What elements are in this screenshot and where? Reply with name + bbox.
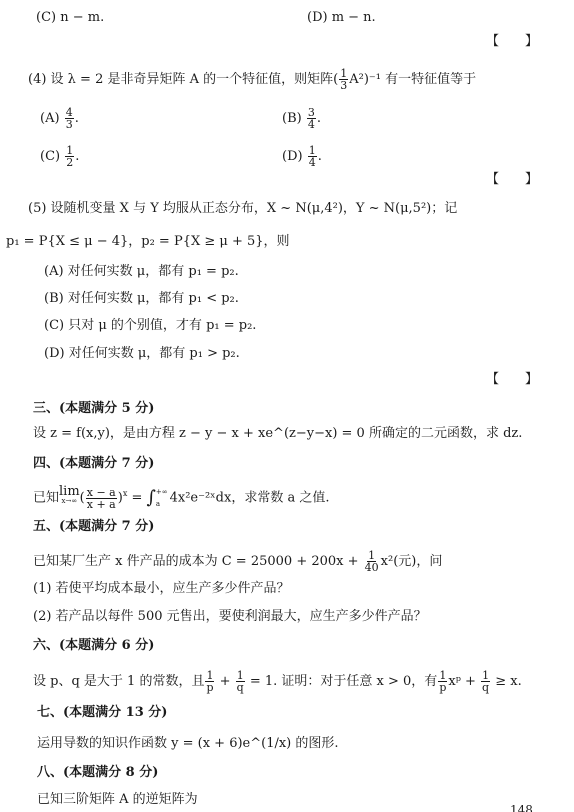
section4-suffix: ，求常数 a 之值. xyxy=(231,491,329,506)
section5-sub1: (1) 若使平均成本最小，应生产多少件产品？ xyxy=(33,581,290,597)
limit-fraction: x − ax + a xyxy=(86,487,117,510)
q3-option-c: (C) n − m. xyxy=(36,10,104,26)
section5-stem-suffix: x²(元)，问 xyxy=(381,554,443,569)
q4-stem-fraction: 13 xyxy=(339,68,348,91)
section5-stem-prefix: 已知某厂生产 x 件产品的成本为 C = 25000 + 200x + xyxy=(33,554,363,569)
q5-option-d: (D) 对任何实数 μ，都有 p₁ > p₂. xyxy=(44,346,240,362)
equals-sign: = xyxy=(127,491,146,506)
section6-body: 设 p、q 是大于 1 的常数，且1p + 1q = 1. 证明：对于任意 x … xyxy=(33,670,522,693)
limit-expression: limx→∞ xyxy=(59,486,80,505)
q4-stem-prefix: (4) 设 λ = 2 是非奇异矩阵 A 的一个特征值，则矩阵( xyxy=(28,72,338,87)
integral-lower: a xyxy=(156,498,168,510)
q3-option-d: (D) m − n. xyxy=(307,10,376,26)
fraction-denominator: 2 xyxy=(65,157,74,168)
section6-heading: 六、(本题满分 6 分) xyxy=(33,638,154,654)
q3-answer-bracket[interactable]: 【 】 xyxy=(486,34,538,50)
section5-sub2: (2) 若产品以每件 500 元售出，要使利润最大，应生产多少件产品？ xyxy=(33,609,427,625)
q5-option-b: (B) 对任何实数 μ，都有 p₁ < p₂. xyxy=(44,291,239,307)
fraction-denominator: 3 xyxy=(339,80,348,91)
plus-sign: + xyxy=(216,674,235,689)
section8-heading: 八、(本题满分 8 分) xyxy=(37,765,158,781)
section4-heading: 四、(本题满分 7 分) xyxy=(33,456,154,472)
page-number: 148 xyxy=(510,802,533,812)
q5-stem-line1: (5) 设随机变量 X 与 Y 均服从正态分布，X ~ N(μ,4²)，Y ~ … xyxy=(28,201,457,217)
section5-heading: 五、(本题满分 7 分) xyxy=(33,519,154,535)
option-label: (C) xyxy=(40,149,60,164)
section7-heading: 七、(本题满分 13 分) xyxy=(37,705,167,721)
q4-answer-bracket[interactable]: 【 】 xyxy=(486,172,538,188)
section4-body: 已知limx→∞(x − ax + a)x = ∫+∞a4x²e⁻²ˣdx，求常… xyxy=(33,486,330,510)
fraction-1-over-q: 1q xyxy=(236,670,245,693)
integral-upper: +∞ xyxy=(156,486,168,498)
q5-answer-bracket[interactable]: 【 】 xyxy=(486,372,538,388)
fraction-1-over-p-2: 1p xyxy=(438,670,447,693)
option-fraction: 12 xyxy=(65,145,74,168)
option-fraction: 34 xyxy=(307,107,316,130)
fraction-1-over-q-2: 1q xyxy=(481,670,490,693)
x-power-p: xᵖ + xyxy=(448,674,480,689)
lim-subscript: x→∞ xyxy=(62,498,78,505)
q4-stem: (4) 设 λ = 2 是非奇异矩阵 A 的一个特征值，则矩阵(13A²)⁻¹ … xyxy=(28,68,476,91)
fraction-denominator: p xyxy=(205,682,214,693)
section4-prefix: 已知 xyxy=(33,491,59,506)
section6-suffix: ≥ x. xyxy=(491,674,522,689)
fraction-denominator: x + a xyxy=(86,499,117,510)
integrand: 4x²e⁻²ˣdx xyxy=(170,491,232,506)
integral-icon: ∫ xyxy=(147,487,156,508)
section3-heading: 三、(本题满分 5 分) xyxy=(33,401,154,417)
option-fraction: 14 xyxy=(308,145,317,168)
section3-body: 设 z = f(x,y)，是由方程 z − y − x + xe^(z−y−x)… xyxy=(33,426,522,442)
fraction-1-over-p: 1p xyxy=(205,670,214,693)
fraction-denominator: 3 xyxy=(65,119,74,130)
option-label: (A) xyxy=(40,111,60,126)
section6-mid: = 1. 证明：对于任意 x > 0，有 xyxy=(246,674,438,689)
q4-stem-suffix: A²)⁻¹ 有一特征值等于 xyxy=(349,72,476,87)
fraction-denominator: 4 xyxy=(308,157,317,168)
section8-body: 已知三阶矩阵 A 的逆矩阵为 xyxy=(37,792,198,808)
q4-option-b: (B) 34. xyxy=(282,107,321,130)
option-label: (D) xyxy=(282,149,303,164)
fraction-denominator: p xyxy=(438,682,447,693)
cost-fraction: 140 xyxy=(364,550,380,573)
q4-option-a: (A) 43. xyxy=(40,107,79,130)
option-fraction: 43 xyxy=(65,107,74,130)
fraction-denominator: q xyxy=(481,682,490,693)
q5-option-c: (C) 只对 μ 的个别值，才有 p₁ = p₂. xyxy=(44,318,256,334)
section7-body: 运用导数的知识作函数 y = (x + 6)e^(1/x) 的图形. xyxy=(37,736,339,752)
fraction-denominator: 40 xyxy=(364,562,380,573)
section6-prefix: 设 p、q 是大于 1 的常数，且 xyxy=(33,674,204,689)
fraction-numerator: x − a xyxy=(86,487,117,499)
q4-option-d: (D) 14. xyxy=(282,145,322,168)
integral-limits: +∞a xyxy=(156,486,168,510)
option-label: (B) xyxy=(282,111,302,126)
q5-option-a: (A) 对任何实数 μ，都有 p₁ = p₂. xyxy=(44,264,239,280)
q4-option-c: (C) 12. xyxy=(40,145,79,168)
q5-stem-line2: p₁ = P{X ≤ μ − 4}，p₂ = P{X ≥ μ + 5}，则 xyxy=(6,234,290,250)
fraction-denominator: q xyxy=(236,682,245,693)
fraction-denominator: 4 xyxy=(307,119,316,130)
section5-stem: 已知某厂生产 x 件产品的成本为 C = 25000 + 200x + 140x… xyxy=(33,550,442,573)
